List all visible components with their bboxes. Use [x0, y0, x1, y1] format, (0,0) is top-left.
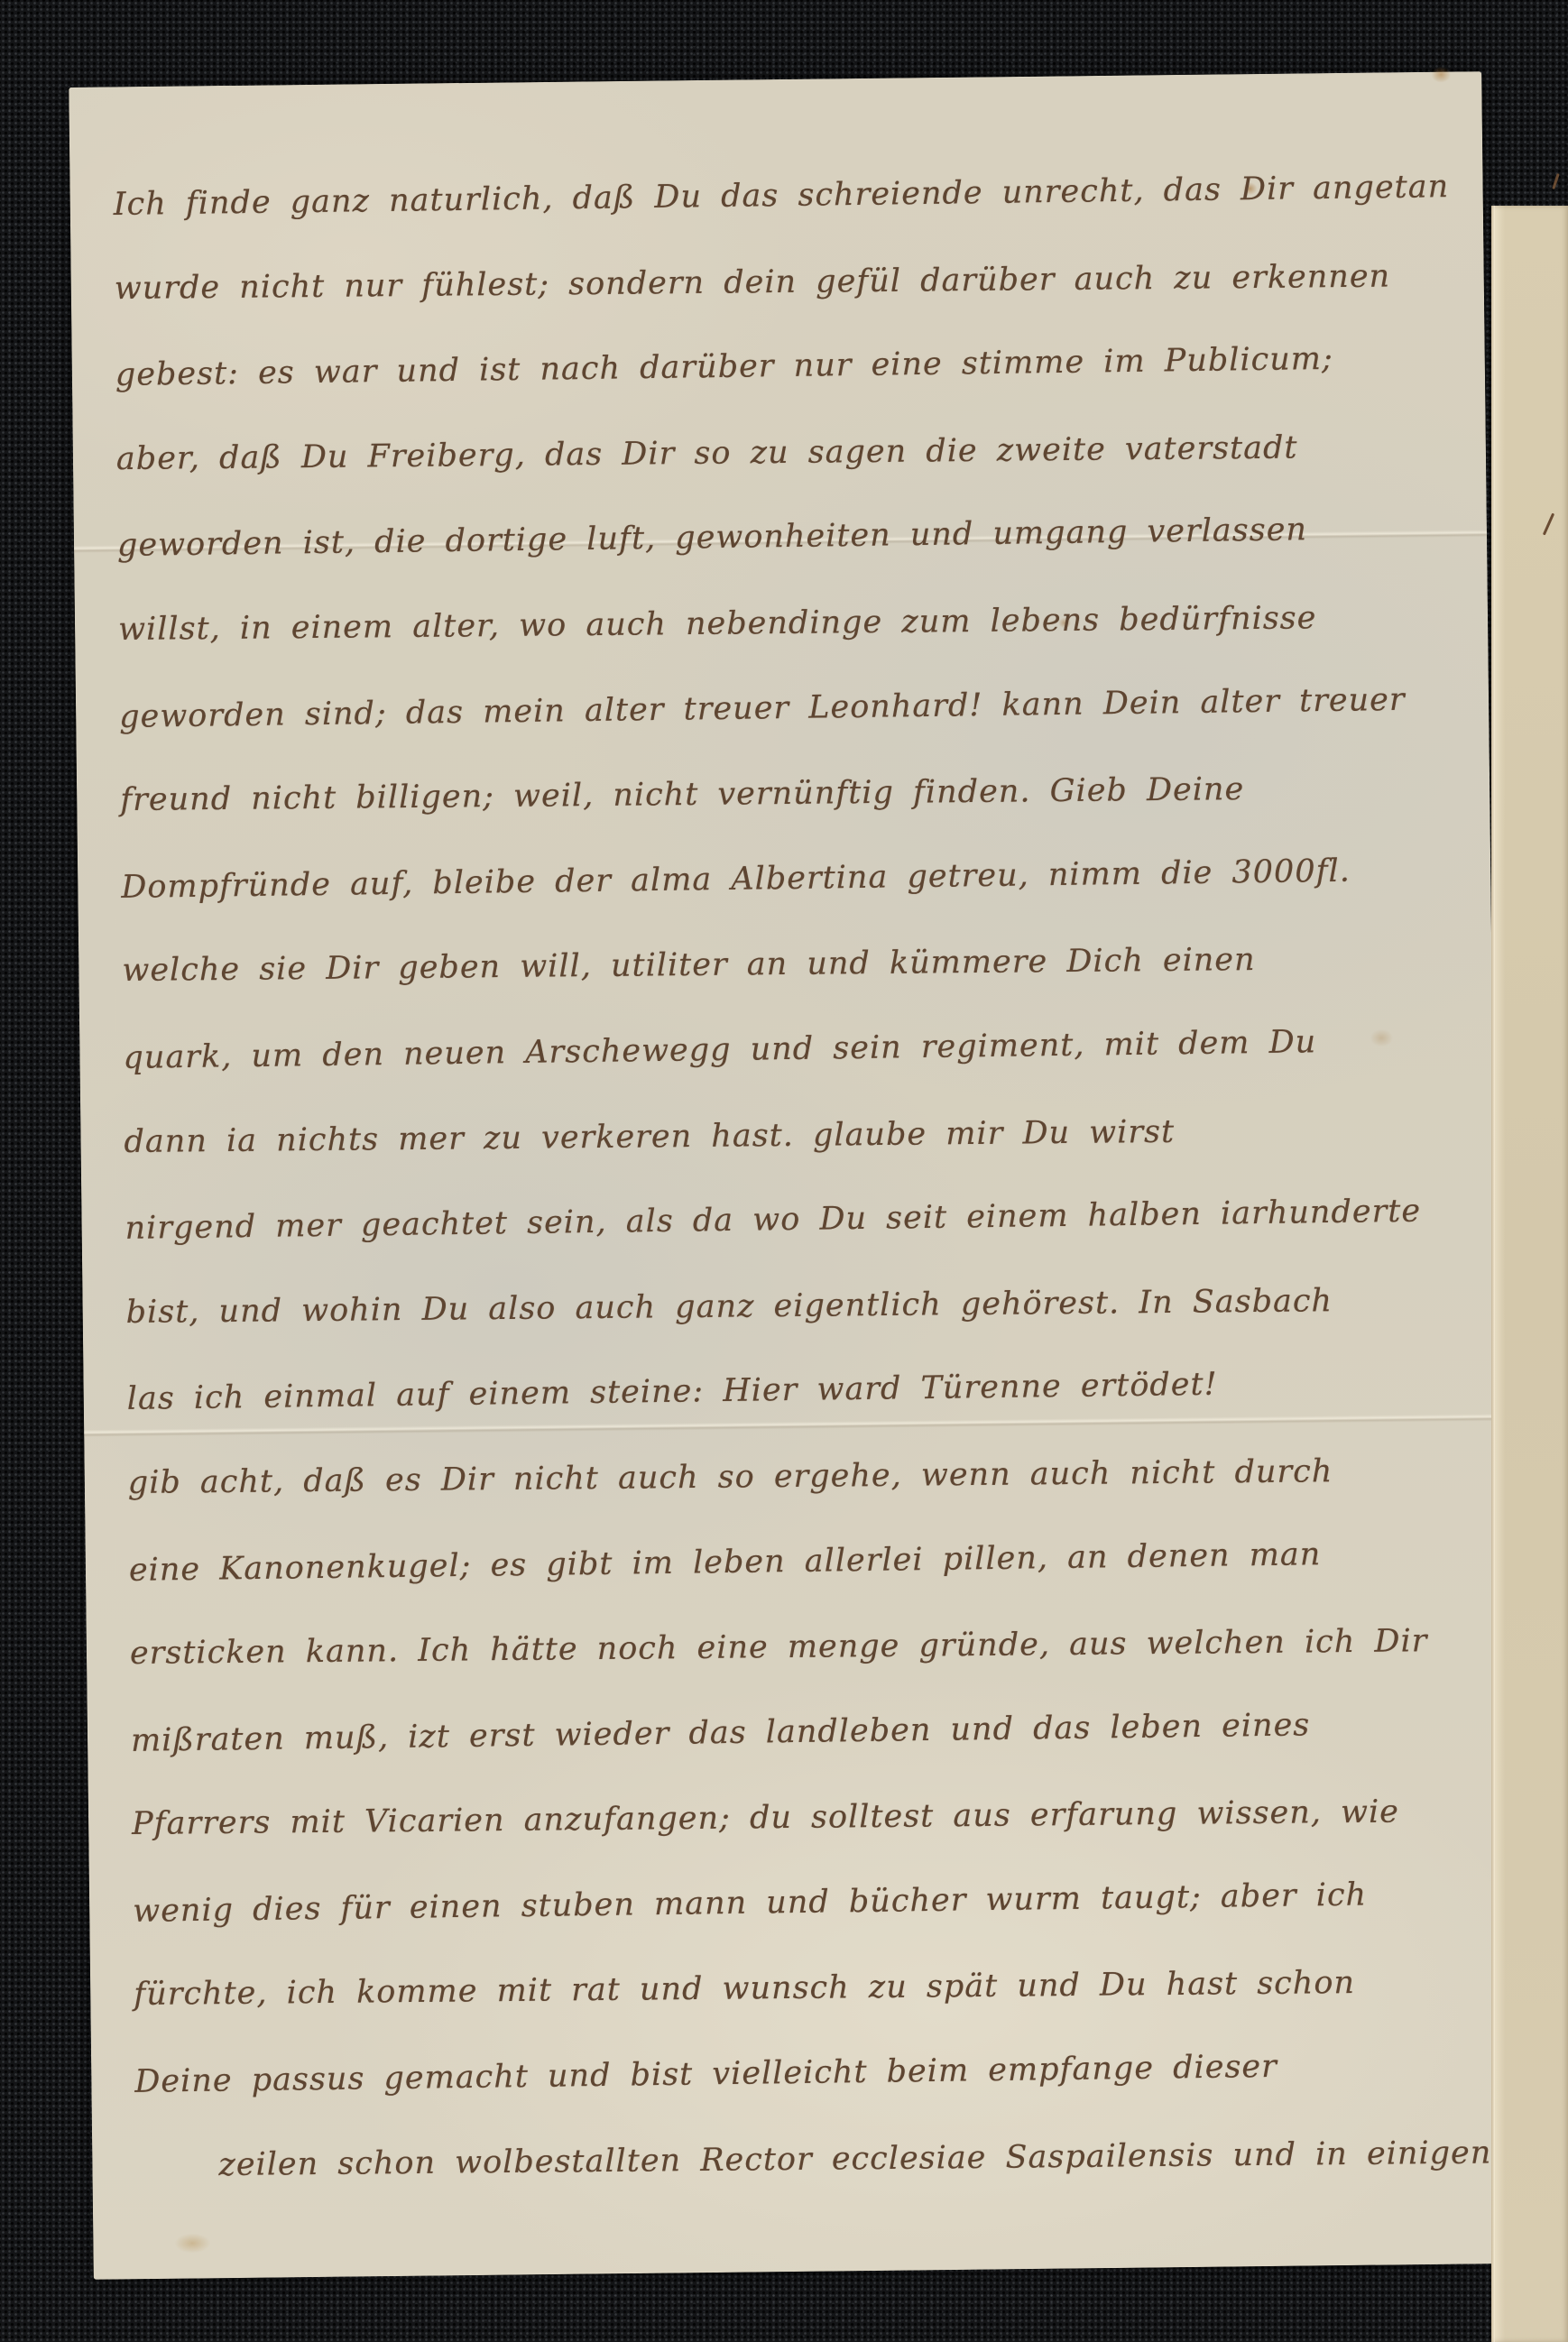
letter-paper: Ich finde ganz naturlich, daß Du das sch… — [69, 71, 1506, 2280]
letter-line: geworden ist, die dortige luft, gewonhei… — [116, 485, 1478, 589]
letter-line: mißraten muß, izt erst wieder das landle… — [130, 1680, 1491, 1784]
letter-line: las ich einmal auf einem steine: Hier wa… — [126, 1339, 1488, 1443]
paper-stain — [1431, 67, 1451, 83]
letter-line: welche sie Dir geben will, utiliter an u… — [122, 916, 1483, 1014]
letter-line: freund nicht billigen; weil, nicht vernü… — [120, 745, 1481, 844]
letter-line: geworden sind; das mein alter treuer Leo… — [119, 656, 1480, 760]
letter-line: wenig dies für einen stuben mann und büc… — [133, 1850, 1494, 1954]
letter-line: Deine passus gemacht und bist vielleicht… — [134, 2022, 1496, 2125]
letter-line: Ich finde ganz naturlich, daß Du das sch… — [113, 144, 1474, 248]
letter-text: Ich finde ganz naturlich, daß Du das sch… — [113, 145, 1497, 2208]
letter-line: willst, in einem alter, wo auch nebendin… — [118, 575, 1480, 673]
letter-line: nirgend mer geachtet sein, als da wo Du … — [125, 1168, 1486, 1272]
adjacent-page-strip — [1491, 206, 1568, 2342]
ink-fragment — [1552, 173, 1559, 189]
letter-line: gib acht, daß es Dir nicht auch so ergeh… — [127, 1427, 1489, 1526]
fold-edge-highlight — [1491, 206, 1495, 2342]
letter-line: gebest: es war und ist nach darüber nur … — [115, 315, 1476, 419]
letter-line: eine Kanonenkugel; es gibt im leben alle… — [128, 1509, 1490, 1613]
ink-fragment — [1543, 513, 1554, 536]
letter-line: zeilen schon wolbestallten Rector eccles… — [135, 2110, 1497, 2208]
paper-stain — [174, 2233, 210, 2253]
letter-line: Dompfründe auf, bleibe der alma Albertin… — [121, 826, 1482, 930]
photo-background: Ich finde ganz naturlich, daß Du das sch… — [0, 0, 1568, 2342]
letter-line: Pfarrers mit Vicarien anzufangen; du sol… — [132, 1769, 1493, 1867]
letter-line: ersticken kann. Ich hätte noch eine meng… — [130, 1599, 1491, 1697]
letter-line: quark, um den neuen Arschewegg und sein … — [123, 998, 1484, 1102]
